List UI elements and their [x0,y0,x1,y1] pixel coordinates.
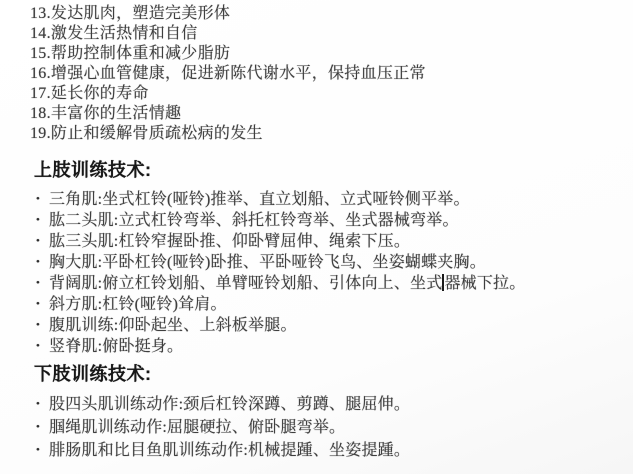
list-item: •肱三头肌:杠铃窄握卧推、仰卧臂屈伸、绳索下压。 [30,231,619,252]
list-item-text: 肱三头肌:杠铃窄握卧推、仰卧臂屈伸、绳索下压。 [49,233,410,250]
list-item-text: 三角肌:坐式杠铃(哑铃)推举、直立划船、立式哑铃侧平举。 [49,191,470,208]
bullet-icon: • [36,336,49,357]
list-item: •斜方肌:杠铃(哑铃)耸肩。 [30,294,619,315]
list-item-text: 斜方肌:杠铃(哑铃)耸肩。 [49,296,227,313]
list-item: •肱二头肌:立式杠铃弯举、斜托杠铃弯举、坐式器械弯举。 [30,210,619,231]
list-item-text: 股四头肌训练动作:颈后杠铃深蹲、剪蹲、腿屈伸。 [49,396,410,413]
section-heading-upper-body-training: 上肢训练技术: [34,158,619,182]
section-heading-lower-body-training: 下肢训练技术: [34,362,619,386]
list-item: •三角肌:坐式杠铃(哑铃)推举、直立划船、立式哑铃侧平举。 [30,189,619,210]
benefit-item: 17.延长你的寿命 [30,84,619,104]
list-item: •股四头肌训练动作:颈后杠铃深蹲、剪蹲、腿屈伸。 [30,393,619,416]
benefit-item: 13.发达肌肉，塑造完美形体 [30,4,619,24]
list-item-text: 器械下拉。 [444,275,525,292]
list-item: •腘绳肌训练动作:屈腿硬拉、俯卧腿弯举。 [30,416,619,439]
lower-body-training-list: •股四头肌训练动作:颈后杠铃深蹲、剪蹲、腿屈伸。 •腘绳肌训练动作:屈腿硬拉、俯… [30,393,619,462]
bullet-icon: • [36,252,49,273]
benefit-item: 18.丰富你的生活情趣 [30,104,619,124]
bullet-icon: • [36,416,49,438]
bullet-icon: • [36,393,49,415]
benefit-item: 19.防止和缓解骨质疏松病的发生 [30,124,619,144]
list-item-text: 竖脊肌:俯卧挺身。 [49,338,183,355]
bullet-icon: • [36,231,49,252]
benefit-item: 14.激发生活热情和自信 [30,24,619,44]
list-item: •竖脊肌:俯卧挺身。 [30,336,619,357]
document-page: 13.发达肌肉，塑造完美形体 14.激发生活热情和自信 15.帮助控制体重和减少… [0,0,633,474]
benefits-numbered-list: 13.发达肌肉，塑造完美形体 14.激发生活热情和自信 15.帮助控制体重和减少… [30,4,619,144]
bullet-icon: • [36,439,49,461]
list-item-text: 背阔肌:俯立杠铃划船、单臂哑铃划船、引体向上、坐式 [49,275,442,292]
bullet-icon: • [36,273,49,294]
list-item-text: 腘绳肌训练动作:屈腿硬拉、俯卧腿弯举。 [49,419,345,436]
list-item: •背阔肌:俯立杠铃划船、单臂哑铃划船、引体向上、坐式器械下拉。 [30,273,619,294]
bullet-icon: • [36,294,49,315]
benefit-item: 16.增强心血管健康，促进新陈代谢水平，保持血压正常 [30,64,619,84]
benefit-item: 15.帮助控制体重和减少脂肪 [30,44,619,64]
list-item: •腹肌训练:仰卧起坐、上斜板举腿。 [30,315,619,336]
list-item-text: 腓肠肌和比目鱼肌训练动作:机械提踵、坐姿提踵。 [49,442,410,459]
bullet-icon: • [36,315,49,336]
bullet-icon: • [36,189,49,210]
list-item: •腓肠肌和比目鱼肌训练动作:机械提踵、坐姿提踵。 [30,439,619,462]
list-item-text: 胸大肌:平卧杠铃(哑铃)卧推、平卧哑铃飞鸟、坐姿蝴蝶夹胸。 [49,254,486,271]
bullet-icon: • [36,210,49,231]
list-item: •胸大肌:平卧杠铃(哑铃)卧推、平卧哑铃飞鸟、坐姿蝴蝶夹胸。 [30,252,619,273]
upper-body-training-list: •三角肌:坐式杠铃(哑铃)推举、直立划船、立式哑铃侧平举。 •肱二头肌:立式杠铃… [30,189,619,357]
list-item-text: 肱二头肌:立式杠铃弯举、斜托杠铃弯举、坐式器械弯举。 [49,212,459,229]
list-item-text: 腹肌训练:仰卧起坐、上斜板举腿。 [49,317,297,334]
